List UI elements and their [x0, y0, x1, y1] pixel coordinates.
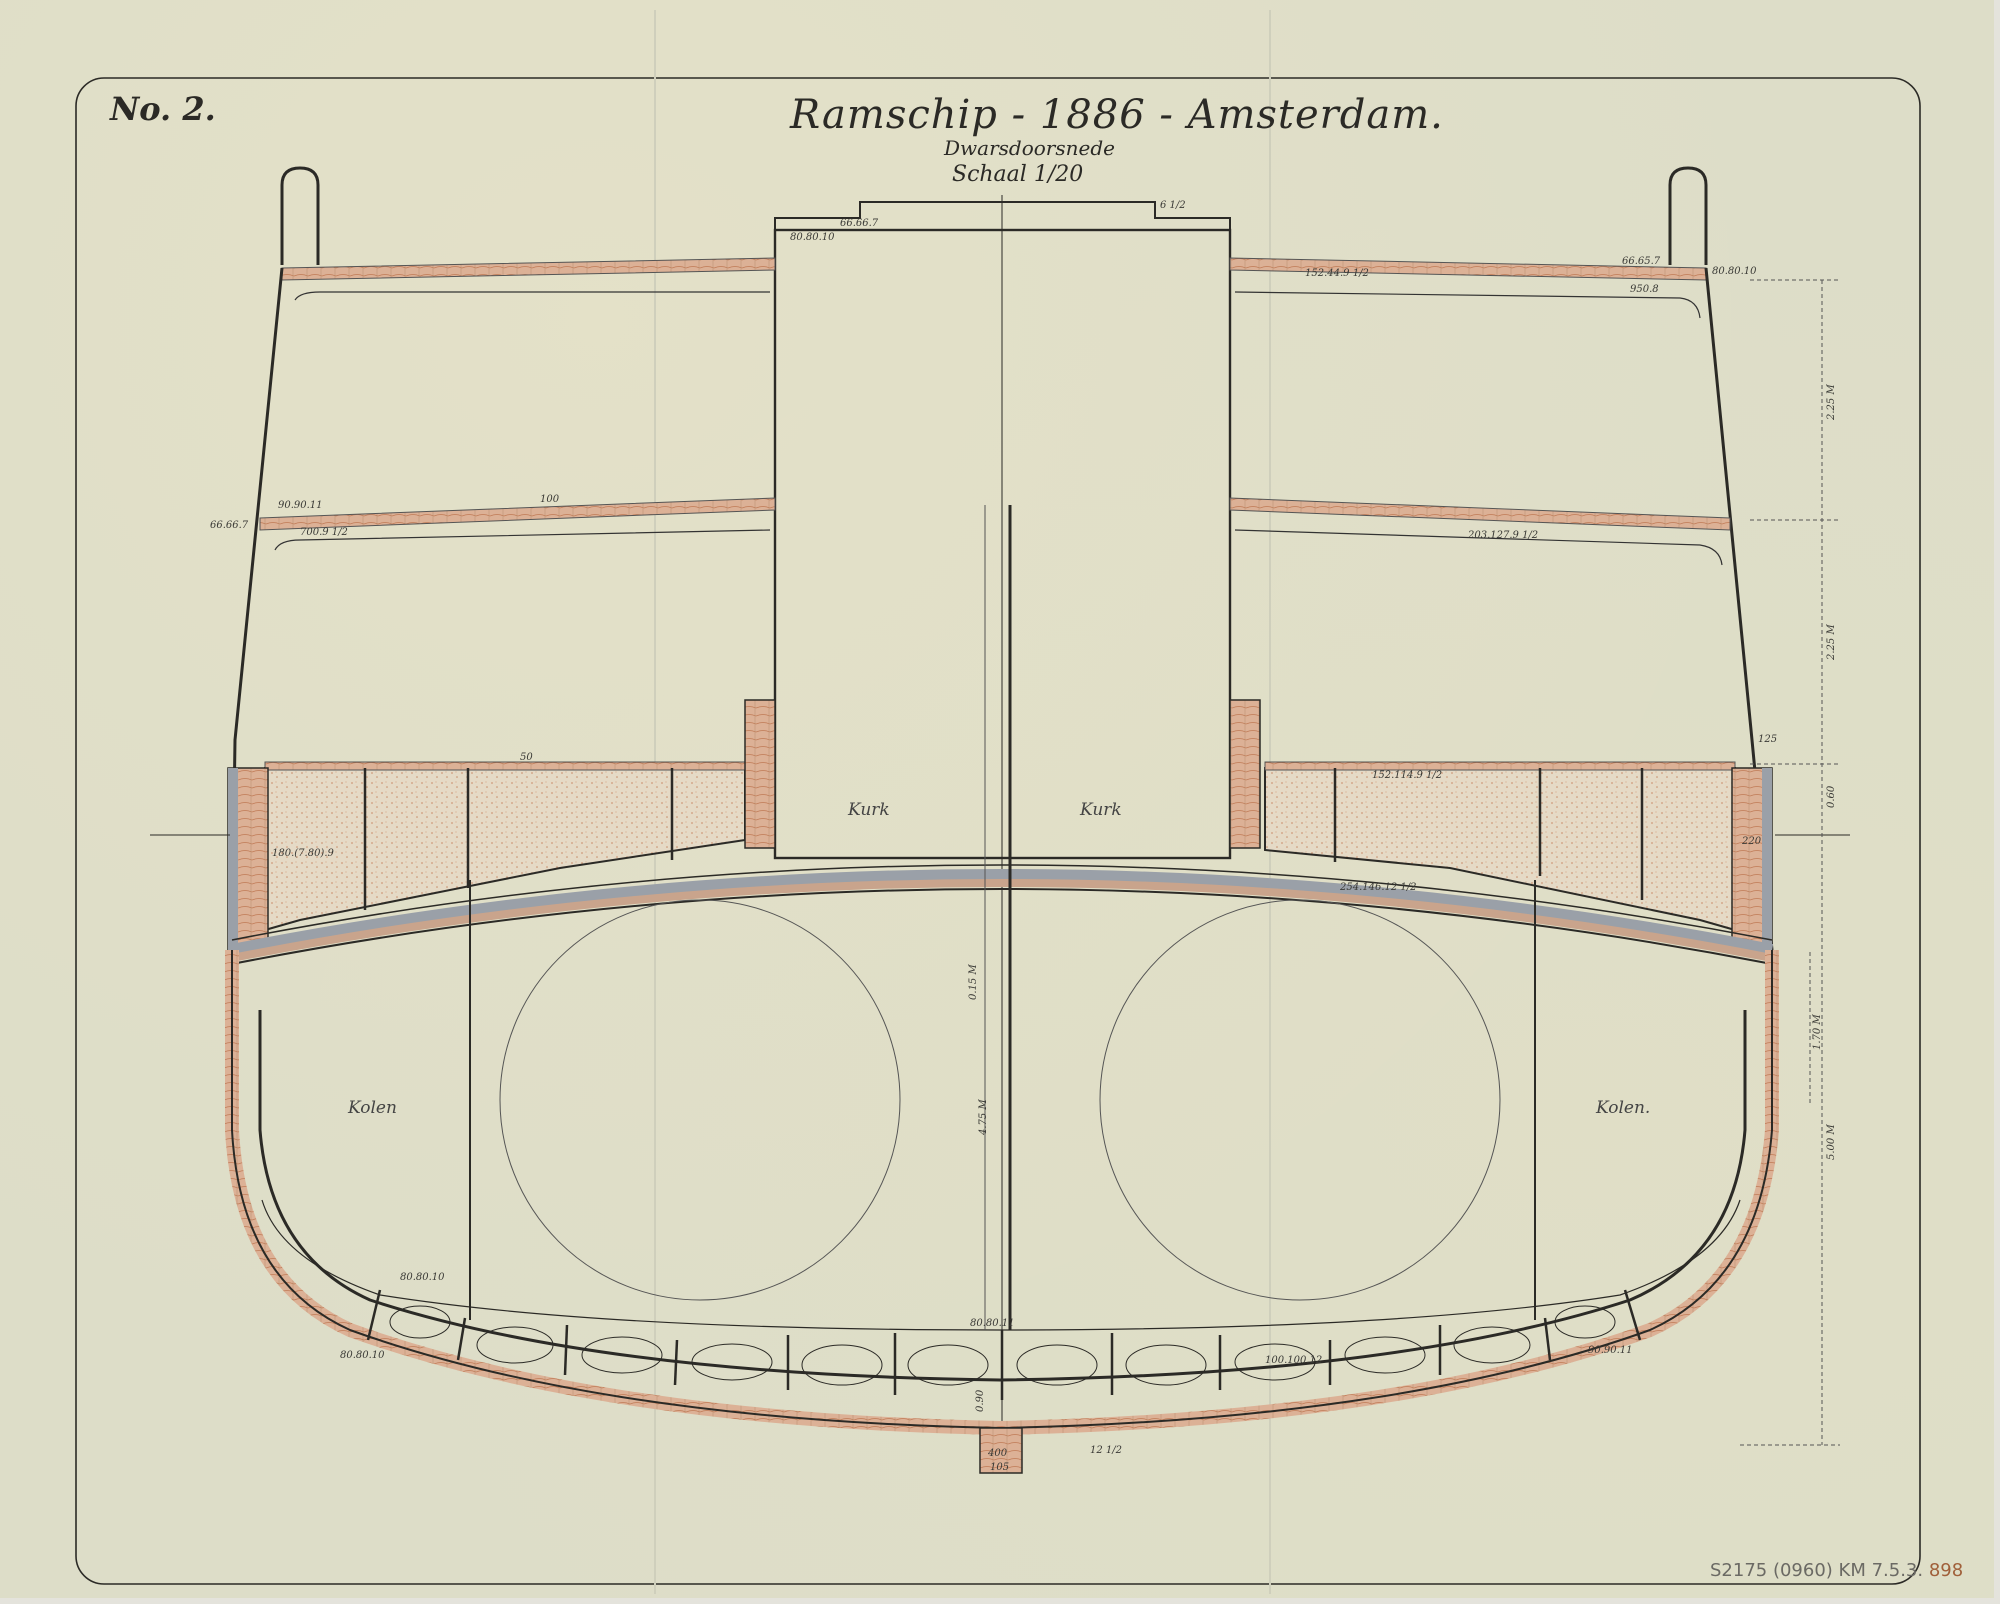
note-armour-r2: 254.146.12 1/2	[1340, 882, 1417, 893]
boiler-left	[500, 900, 900, 1300]
note-mid-1: 100	[540, 494, 559, 505]
note-top-2: 80.80.10	[790, 232, 835, 243]
label-kolen-right: Kolen.	[1596, 1098, 1650, 1118]
dim-upper-deck: 2.25 M	[1826, 384, 1837, 420]
drawing-scale: Schaal 1/20	[952, 162, 1083, 187]
dim-waterline: 0.60	[1826, 786, 1837, 808]
dim-center-upper: 0.15 M	[968, 964, 979, 1000]
note-mid-4: 700.9 1/2	[300, 527, 348, 538]
note-top-4: 152.44.9 1/2	[1305, 268, 1369, 279]
note-armour-r4: 125	[1758, 734, 1777, 745]
note-top-7: 80.80.10	[1712, 266, 1757, 277]
sheet-number: No. 2.	[110, 90, 216, 128]
note-keel-1: 80.80.11	[970, 1318, 1015, 1329]
archive-code: S2175 (0960) KM 7.5.3.	[1710, 1560, 1923, 1581]
dim-keel-width: 400	[988, 1448, 1007, 1459]
drawing-sheet: No. 2. Ramschip - 1886 - Amsterdam. Dwar…	[0, 0, 1994, 1598]
left-stanchion	[282, 168, 318, 265]
boiler-right	[1100, 900, 1500, 1300]
label-kurk-right: Kurk	[1080, 800, 1122, 820]
note-mid-2: 90.90.11	[278, 500, 323, 511]
note-mid-3: 66.66.7	[210, 520, 248, 531]
archive-number: 898	[1929, 1560, 1963, 1581]
note-keel-2: 12 1/2	[1090, 1445, 1122, 1456]
note-bilge-r2: 90.90.11	[1588, 1345, 1633, 1356]
note-bilge-r1: 100.100.12	[1265, 1355, 1322, 1366]
right-stanchion	[1670, 168, 1706, 265]
dim-keel-base: 105	[990, 1462, 1009, 1473]
note-armour-l1: 50	[520, 752, 533, 763]
dim-hold-depth: 5.00 M	[1826, 1124, 1837, 1160]
label-kolen-left: Kolen	[348, 1098, 397, 1118]
dim-keel-height: 0.90	[975, 1390, 986, 1412]
note-top-3: 6 1/2	[1160, 200, 1186, 211]
note-armour-r1: 152.114.9 1/2	[1372, 770, 1442, 781]
drawing-subtitle: Dwarsdoorsnede	[944, 136, 1115, 160]
note-armour-l2: 180.(7.80).9	[272, 848, 334, 859]
dim-center-lower: 4.75 M	[978, 1099, 989, 1135]
drawing-title: Ramschip - 1886 - Amsterdam.	[790, 92, 1444, 138]
note-mid-5: 203.127.9 1/2	[1468, 530, 1538, 541]
dim-middle-deck: 2.25 M	[1826, 624, 1837, 660]
hull-cross-section-drawing	[0, 0, 2000, 1604]
archive-mark: S2175 (0960) KM 7.5.3. 898	[1710, 1560, 1963, 1581]
dim-armour-deck: 1.70 M	[1812, 1014, 1823, 1050]
note-top-5: 66.65.7	[1622, 256, 1660, 267]
note-top-6: 950.8	[1630, 284, 1659, 295]
label-kurk-left: Kurk	[848, 800, 890, 820]
note-bilge-l2: 80.80.10	[340, 1350, 385, 1361]
note-top-1: 66.66.7	[840, 218, 878, 229]
note-bilge-l1: 80.80.10	[400, 1272, 445, 1283]
note-armour-r3: 220	[1742, 836, 1761, 847]
